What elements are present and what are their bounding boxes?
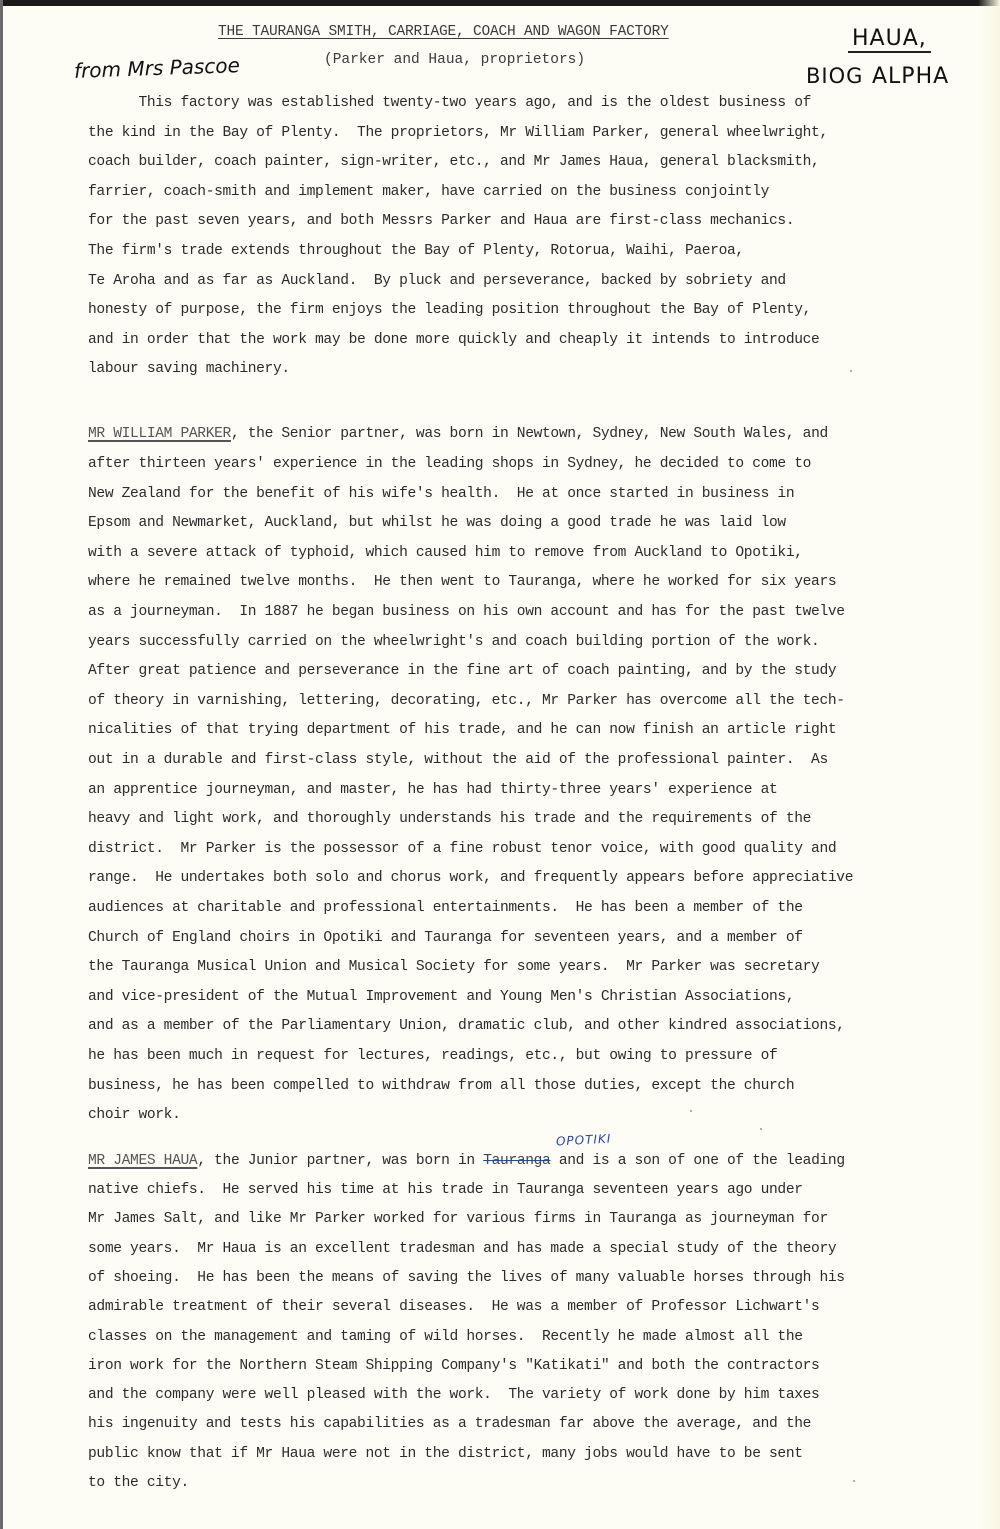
paragraph-line: choir work. xyxy=(88,1106,181,1124)
paragraph-line: with a severe attack of typhoid, which c… xyxy=(88,544,803,562)
paragraph-line: some years. Mr Haua is an excellent trad… xyxy=(88,1240,836,1258)
paragraph-line: to the city. xyxy=(88,1474,189,1492)
handwritten-correction: OPOTIKI xyxy=(556,1132,612,1149)
paragraph-line: he has been much in request for lectures… xyxy=(88,1047,777,1065)
paragraph-line: the Tauranga Musical Union and Musical S… xyxy=(88,958,819,976)
paragraph-line: an apprentice journeyman, and master, he… xyxy=(88,781,777,799)
line-text: , the Senior partner, was born in Newtow… xyxy=(231,426,828,442)
paragraph-line: the kind in the Bay of Plenty. The propr… xyxy=(88,124,828,142)
paragraph-line: his ingenuity and tests his capabilities… xyxy=(88,1415,811,1433)
scan-speck xyxy=(760,1128,762,1130)
paragraph-line: coach builder, coach painter, sign-write… xyxy=(88,153,819,171)
paragraph-line: labour saving machinery. xyxy=(88,360,290,378)
paragraph-line: nicalities of that trying department of … xyxy=(88,721,836,739)
paragraph-line: as a journeyman. In 1887 he began busine… xyxy=(88,603,845,621)
handwritten-file-label-top: HAUA, xyxy=(848,26,931,53)
scan-border-left xyxy=(0,0,3,1529)
scan-speck xyxy=(853,1480,855,1482)
line-text: , the Junior partner, was born in xyxy=(197,1153,483,1169)
handwritten-file-label-left: BIOG xyxy=(806,64,863,88)
paragraph-line: admirable treatment of their several dis… xyxy=(88,1298,819,1316)
paragraph-line: New Zealand for the benefit of his wife'… xyxy=(88,485,794,503)
paragraph-line: MR JAMES HAUA, the Junior partner, was b… xyxy=(88,1152,845,1170)
paragraph-line: farrier, coach-smith and implement maker… xyxy=(88,183,769,201)
line-text: and is a son of one of the leading xyxy=(550,1153,844,1169)
paragraph-line: After great patience and perseverance in… xyxy=(88,662,836,680)
paragraph-line: This factory was established twenty-two … xyxy=(88,94,811,112)
section-heading-haua: MR JAMES HAUA xyxy=(88,1153,197,1169)
scan-speck xyxy=(690,1110,692,1112)
paragraph-line: and in order that the work may be done m… xyxy=(88,331,819,349)
paragraph-line: for the past seven years, and both Messr… xyxy=(88,212,794,230)
handwritten-source-note: from Mrs Pascoe xyxy=(74,53,241,83)
paragraph-line: of theory in varnishing, lettering, deco… xyxy=(88,692,845,710)
scan-border-top xyxy=(0,0,1000,6)
paragraph-line: The firm's trade extends throughout the … xyxy=(88,242,744,260)
paragraph-line: out in a durable and first-class style, … xyxy=(88,751,828,769)
paragraph-line: years successfully carried on the wheelw… xyxy=(88,633,819,651)
handwritten-file-label-right: ALPHA xyxy=(872,64,949,89)
scan-speck xyxy=(850,370,852,372)
paragraph-line: district. Mr Parker is the possessor of … xyxy=(88,840,836,858)
paragraph-line: honesty of purpose, the firm enjoys the … xyxy=(88,301,811,319)
paragraph-line: audiences at charitable and professional… xyxy=(88,899,803,917)
document-subtitle: (Parker and Haua, proprietors) xyxy=(324,52,585,68)
paragraph-line: MR WILLIAM PARKER, the Senior partner, w… xyxy=(88,425,828,443)
document-title: THE TAURANGA SMITH, CARRIAGE, COACH AND … xyxy=(218,24,669,40)
paragraph-line: iron work for the Northern Steam Shippin… xyxy=(88,1357,819,1375)
paragraph-line: where he remained twelve months. He then… xyxy=(88,573,836,591)
struck-word: Tauranga xyxy=(483,1153,550,1169)
paragraph-line: classes on the management and taming of … xyxy=(88,1328,803,1346)
paragraph-line: and vice-president of the Mutual Improve… xyxy=(88,988,794,1006)
paragraph-line: range. He undertakes both solo and choru… xyxy=(88,869,853,887)
paragraph-line: heavy and light work, and thoroughly und… xyxy=(88,810,811,828)
paragraph-line: and as a member of the Parliamentary Uni… xyxy=(88,1017,845,1035)
paragraph-line: native chiefs. He served his time at his… xyxy=(88,1181,803,1199)
scan-shade-right xyxy=(978,0,1000,1529)
paragraph-line: public know that if Mr Haua were not in … xyxy=(88,1445,803,1463)
paragraph-line: Mr James Salt, and like Mr Parker worked… xyxy=(88,1210,828,1228)
paragraph-line: after thirteen years' experience in the … xyxy=(88,455,811,473)
paragraph-line: of shoeing. He has been the means of sav… xyxy=(88,1269,845,1287)
paragraph-line: business, he has been compelled to withd… xyxy=(88,1077,794,1095)
paragraph-line: Te Aroha and as far as Auckland. By pluc… xyxy=(88,272,786,290)
paragraph-line: and the company were well pleased with t… xyxy=(88,1386,819,1404)
paragraph-line: Church of England choirs in Opotiki and … xyxy=(88,929,803,947)
paragraph-line: Epsom and Newmarket, Auckland, but whils… xyxy=(88,514,786,532)
section-heading-parker: MR WILLIAM PARKER xyxy=(88,426,231,442)
